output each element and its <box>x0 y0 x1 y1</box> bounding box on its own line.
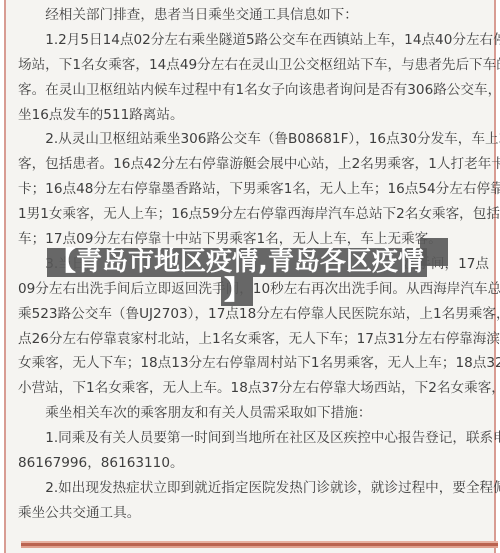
text-line: 1男1女乘客，无人上车；16点59分左右停靠西海岸汽车总站下2名女乘客，包括患者… <box>18 202 489 227</box>
text-line: 客，包括患者。16点42分左右停靠游艇会展中心站，上2名男乘客，1人打老年卡，1… <box>18 152 489 177</box>
phone-numbers-line: 86167996，86163110。 <box>18 451 489 476</box>
text-line: 卡；16点48分左右停靠墨香路站，下男乘客1名，无人上车；16点54分左右停靠隐… <box>18 177 489 202</box>
text-line-partially-covered: 3.当日， 洗手间，17点 <box>18 252 489 277</box>
text-line: 乘坐相关车次的乘客朋友和有关人员需采取如下措施： <box>18 401 489 426</box>
watermark-artifact-block <box>420 238 448 266</box>
article-body: 经相关部门排查，患者当日乘坐交通工具信息如下： 1.2月5日14点02分左右乘坐… <box>18 3 489 526</box>
text-line: 车；17点09分左右停靠十中站下男乘客1名，无人上车，车上无乘客。 <box>18 227 489 252</box>
text-line: 客。在灵山卫枢纽站内候车过程中有1名女子向该患者询问是否有306路公交车，该女子… <box>18 78 489 103</box>
article-page: 经相关部门排查，患者当日乘坐交通工具信息如下： 1.2月5日14点02分左右乘坐… <box>4 0 496 553</box>
text-line: 小营站，下1名女乘客，无人上车。18点37分左右停靠大场西站，下2名女乘客，包括… <box>18 376 489 401</box>
text-line: 乘523路公交车（鲁UJ2703），17点18分左右停靠人民医院东站，上1名男乘… <box>18 302 489 327</box>
text-line: 女乘客，无人下车；18点13分左右停靠周村站下1名男乘客，无人上车；18点32分… <box>18 351 489 376</box>
text-line: 坐16点发车的511路离站。 <box>18 103 489 128</box>
text-line: 场站，下1名女乘客，14点49分左右在灵山卫公交枢纽站下车，与患者先后下车的还有… <box>18 53 489 78</box>
text-fragment-left: 3.当日， <box>45 252 99 277</box>
text-line: 2.从灵山卫枢纽站乘坐306路公交车（鲁B08681F），16点30分发车，车上… <box>18 127 489 152</box>
text-line: 1.2月5日14点02分左右乘坐隧道5路公交车在西镇站上车，14点40分左右停靠… <box>18 28 489 53</box>
text-line: 2.如出现发热症状立即到就近指定医院发热门诊就诊，就诊过程中，要全程佩戴口罩，不… <box>18 476 489 501</box>
bottom-divider <box>21 541 498 548</box>
text-line: 1.同乘及有关人员要第一时间到当地所在社区及区疾控中心报告登记，联系电话： <box>18 426 489 451</box>
text-line: 乘坐公共交通工具。 <box>18 501 489 526</box>
text-line: 09分左右出洗手间后立即返回洗手间，10秒左右再次出洗手间。从西海岸汽车总站17… <box>18 277 489 302</box>
text-line: 经相关部门排查，患者当日乘坐交通工具信息如下： <box>18 3 489 28</box>
text-line: 点26分左右停靠袁家村北站，上1名女乘客，无人下车；17点31分左右停靠海滨花园… <box>18 327 489 352</box>
